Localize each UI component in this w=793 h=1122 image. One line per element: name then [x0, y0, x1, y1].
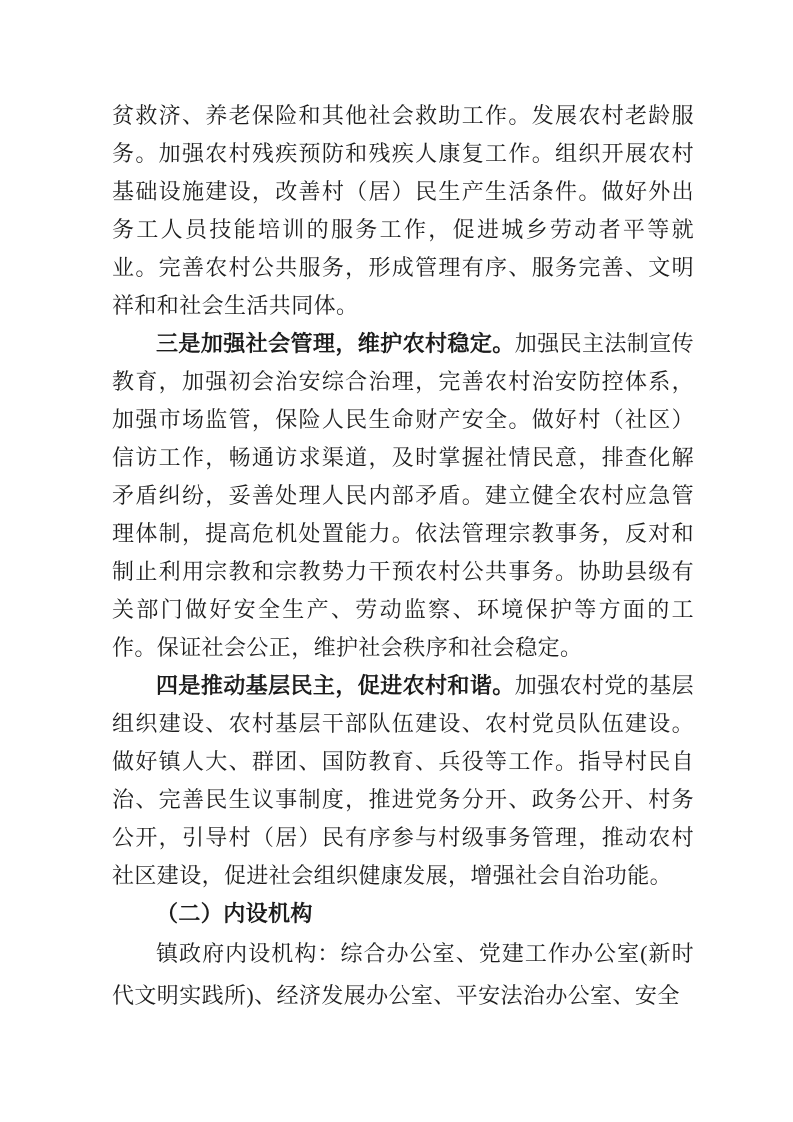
paragraph: 贫救济、养老保险和其他社会救助工作。发展农村老龄服务。加强农村残疾预防和残疾人康… [112, 97, 694, 325]
document-page: 贫救济、养老保险和其他社会救助工作。发展农村老龄服务。加强农村残疾预防和残疾人康… [0, 0, 793, 1122]
paragraph-text: 加强农村党的基层组织建设、农村基层干部队伍建设、农村党员队伍建设。做好镇人大、群… [112, 673, 694, 888]
paragraph-text: 加强民主法制宣传教育，加强初会治安综合治理，完善农村治安防控体系，加强市场监管，… [112, 331, 694, 660]
paragraph: 四是推动基层民主，促进农村和谐。加强农村党的基层组织建设、农村基层干部队伍建设、… [112, 667, 694, 895]
paragraph-bold-lead: 四是推动基层民主，促进农村和谐。 [156, 673, 515, 698]
paragraph-bold-lead: 三是加强社会管理，维护农村稳定。 [156, 331, 515, 356]
paragraph: （二）内设机构 [112, 895, 694, 933]
document-body: 贫救济、养老保险和其他社会救助工作。发展农村老龄服务。加强农村残疾预防和残疾人康… [112, 97, 694, 1017]
paragraph-text: 镇政府内设机构：综合办公室、党建工作办公室(新时代文明实践所)、经济发展办公室、… [112, 941, 694, 1008]
paragraph: 三是加强社会管理，维护农村稳定。加强民主法制宣传教育，加强初会治安综合治理，完善… [112, 325, 694, 667]
paragraph-text: 贫救济、养老保险和其他社会救助工作。发展农村老龄服务。加强农村残疾预防和残疾人康… [112, 103, 694, 318]
paragraph-bold-lead: （二）内设机构 [156, 901, 313, 926]
paragraph: 镇政府内设机构：综合办公室、党建工作办公室(新时代文明实践所)、经济发展办公室、… [112, 933, 694, 1017]
